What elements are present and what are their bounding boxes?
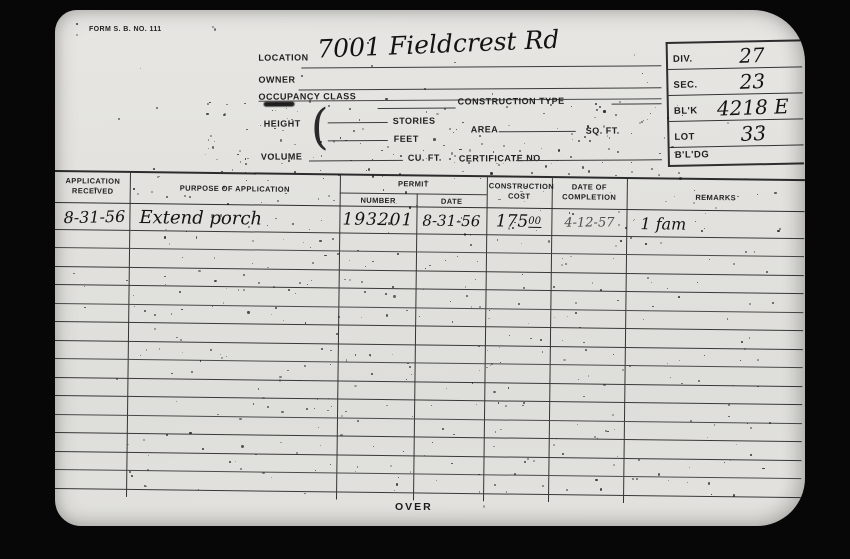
cell-purpose: Extend porch: [139, 203, 262, 232]
cell-permit-date: 8-31-56: [417, 206, 485, 235]
scan-speckle: [232, 169, 234, 171]
scan-speckle: [320, 170, 321, 171]
owner-underline: [298, 87, 661, 90]
over-label: OVER: [395, 501, 433, 513]
scan-speckle: [588, 170, 590, 173]
stories-label: STORIES: [393, 116, 436, 126]
div-label: DIV.: [673, 54, 693, 65]
stories-underline: [328, 122, 388, 123]
header-purpose: PURPOSE OF APPLICATION: [130, 183, 340, 195]
cell-remarks: 1 fam: [640, 209, 686, 238]
scan-speckle: [462, 171, 464, 173]
parcel-row-blk: BL'K 4218 E: [669, 93, 803, 122]
occupancy-class-underline: [378, 108, 456, 109]
header-construction-cost: CONSTRUCTION COST: [489, 181, 550, 201]
area-label: AREA: [471, 124, 499, 134]
header-permit: PERMIT: [340, 178, 487, 190]
feet-underline: [328, 140, 388, 141]
location-label: LOCATION: [258, 52, 308, 62]
area-underline: [499, 131, 576, 132]
cost-cents: 00: [528, 216, 541, 227]
cell-received: 8-31-56: [55, 202, 135, 232]
scan-speckle: [368, 168, 370, 171]
header-application-received: APPLICATION RECEIVED: [57, 176, 129, 196]
scan-speckle: [651, 168, 653, 170]
scan-viewer-background: { "card": { "form_number": "FORM S. B. N…: [0, 0, 850, 559]
lot-label: LOT: [674, 131, 695, 142]
cell-permit-number: 193201: [341, 206, 414, 235]
parcel-box: DIV. 27 SEC. 23 BL'K 4218 E LOT 33 B'L'D…: [666, 39, 804, 167]
table-rows: [55, 202, 805, 498]
header-permit-number: NUMBER: [340, 195, 417, 206]
sq-ft-label: SQ. FT.: [586, 126, 620, 136]
scan-speckle: [483, 505, 485, 508]
certificate-no-underline: [516, 159, 662, 161]
lot-value: 33: [707, 120, 800, 147]
scan-speckle: [366, 170, 367, 171]
header-permit-date: DATE: [417, 196, 487, 207]
occupancy-class-label: OCCUPANCY CLASS: [259, 91, 357, 102]
cell-cost: 17500: [487, 207, 549, 236]
feet-label: FEET: [394, 134, 419, 144]
volume-underline: [309, 160, 403, 162]
scan-speckle: [531, 172, 533, 174]
header-date-of-completion: DATE OF COMPLETION: [554, 182, 625, 202]
scan-speckle: [658, 174, 660, 176]
construction-type-label: CONSTRUCTION TYPE: [458, 96, 565, 107]
applications-table: APPLICATION RECEIVED PURPOSE OF APPLICAT…: [55, 170, 805, 505]
bldg-label: B'L'DG: [675, 149, 710, 161]
parcel-row-bldg: B'L'DG: [670, 145, 804, 165]
ink-smudge: [264, 102, 295, 107]
parcel-row-lot: LOT 33: [669, 119, 803, 148]
scan-speckle: [678, 172, 680, 174]
blk-label: BL'K: [674, 105, 698, 116]
bldg-value: [708, 162, 800, 165]
location-underline: [301, 65, 661, 68]
height-label: HEIGHT: [264, 119, 301, 129]
sec-value: 23: [706, 68, 799, 95]
cu-ft-label: CU. FT.: [408, 153, 442, 163]
certificate-no-label: CERTIFICATE NO: [459, 153, 541, 163]
volume-label: VOLUME: [261, 151, 303, 161]
scan-speckle: [568, 173, 570, 175]
height-brace: (: [311, 102, 329, 150]
header-remarks: REMARKS: [627, 192, 805, 204]
cell-completion: 4-12-57: [553, 208, 625, 236]
div-value: 27: [705, 42, 798, 69]
location-value: 7001 Fieldcrest Rd: [317, 25, 560, 64]
sec-label: SEC.: [673, 79, 697, 90]
parcel-row-sec: SEC. 23: [668, 67, 802, 96]
owner-label: OWNER: [258, 75, 295, 85]
permit-index-card: FORM S. B. NO. 111 LOCATION 7001 Fieldcr…: [55, 10, 805, 526]
parcel-row-div: DIV. 27: [668, 41, 802, 70]
scan-speckle: [631, 171, 633, 173]
blk-value: 4218 E: [706, 94, 799, 121]
construction-type-underline: [612, 103, 662, 104]
scan-speckle: [659, 175, 660, 176]
cost-dollars: 175: [496, 211, 529, 231]
